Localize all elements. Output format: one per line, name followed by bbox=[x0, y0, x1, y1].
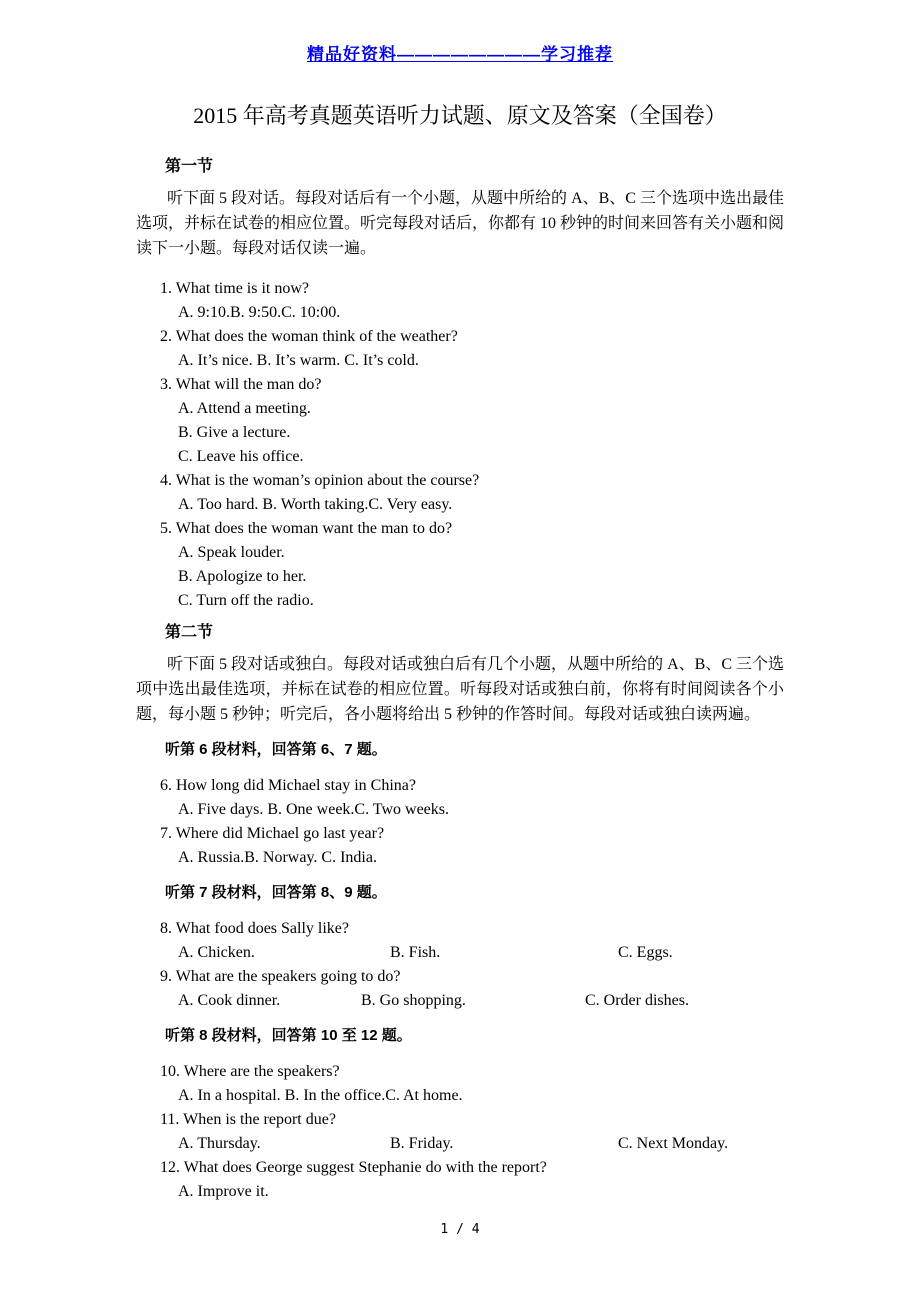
question-2: 2. What does the woman think of the weat… bbox=[136, 325, 784, 349]
section1-heading: 第一节 bbox=[165, 157, 784, 177]
option-8a: A. Chicken. bbox=[178, 941, 390, 965]
material-6-label: 听第 6 段材料，回答第 6、7 题。 bbox=[165, 740, 784, 760]
option-5c: C. Turn off the radio. bbox=[136, 589, 784, 613]
question-4: 4. What is the woman’s opinion about the… bbox=[136, 469, 784, 493]
question-7: 7. Where did Michael go last year? bbox=[136, 822, 784, 846]
page-number: 1 / 4 bbox=[136, 1221, 784, 1239]
question-1: 1. What time is it now? bbox=[136, 277, 784, 301]
question-10: 10. Where are the speakers? bbox=[136, 1060, 784, 1084]
material-8-label: 听第 8 段材料，回答第 10 至 12 题。 bbox=[165, 1026, 784, 1046]
option-9a: A. Cook dinner. bbox=[178, 989, 361, 1013]
question-9: 9. What are the speakers going to do? bbox=[136, 965, 784, 989]
option-8b: B. Fish. bbox=[390, 941, 618, 965]
document-title: 2015 年高考真题英语听力试题、原文及答案（全国卷） bbox=[136, 101, 784, 131]
options-7: A. Russia.B. Norway. C. India. bbox=[136, 846, 784, 870]
option-12a: A. Improve it. bbox=[136, 1180, 784, 1204]
options-11: A. Thursday. B. Friday. C. Next Monday. bbox=[136, 1132, 784, 1156]
option-11a: A. Thursday. bbox=[178, 1132, 390, 1156]
section1-instructions: 听下面 5 段对话。每段对话后有一个小题，从题中所给的 A、B、C 三个选项中选… bbox=[136, 186, 784, 261]
option-8c: C. Eggs. bbox=[618, 941, 784, 965]
options-1: A. 9:10.B. 9:50.C. 10:00. bbox=[136, 301, 784, 325]
option-3b: B. Give a lecture. bbox=[136, 421, 784, 445]
question-8: 8. What food does Sally like? bbox=[136, 917, 784, 941]
options-9: A. Cook dinner. B. Go shopping. C. Order… bbox=[136, 989, 784, 1013]
material-7-questions: 8. What food does Sally like? A. Chicken… bbox=[136, 917, 784, 1013]
page-header: 精品好资料————————学习推荐 bbox=[136, 0, 784, 65]
question-6: 6. How long did Michael stay in China? bbox=[136, 774, 784, 798]
option-5a: A. Speak louder. bbox=[136, 541, 784, 565]
document-page: 精品好资料————————学习推荐 2015 年高考真题英语听力试题、原文及答案… bbox=[0, 0, 920, 1302]
options-2: A. It’s nice. B. It’s warm. C. It’s cold… bbox=[136, 349, 784, 373]
section2-heading: 第二节 bbox=[165, 623, 784, 643]
option-11c: C. Next Monday. bbox=[618, 1132, 784, 1156]
option-3c: C. Leave his office. bbox=[136, 445, 784, 469]
option-3a: A. Attend a meeting. bbox=[136, 397, 784, 421]
question-3: 3. What will the man do? bbox=[136, 373, 784, 397]
options-6: A. Five days. B. One week.C. Two weeks. bbox=[136, 798, 784, 822]
material-7-label: 听第 7 段材料，回答第 8、9 题。 bbox=[165, 883, 784, 903]
promo-link[interactable]: 精品好资料————————学习推荐 bbox=[307, 45, 613, 64]
option-11b: B. Friday. bbox=[390, 1132, 618, 1156]
option-9b: B. Go shopping. bbox=[361, 989, 585, 1013]
material-6-questions: 6. How long did Michael stay in China? A… bbox=[136, 774, 784, 870]
question-12: 12. What does George suggest Stephanie d… bbox=[136, 1156, 784, 1180]
options-8: A. Chicken. B. Fish. C. Eggs. bbox=[136, 941, 784, 965]
material-8-questions: 10. Where are the speakers? A. In a hosp… bbox=[136, 1060, 784, 1204]
options-10: A. In a hospital. B. In the office.C. At… bbox=[136, 1084, 784, 1108]
question-11: 11. When is the report due? bbox=[136, 1108, 784, 1132]
section2-instructions: 听下面 5 段对话或独白。每段对话或独白后有几个小题，从题中所给的 A、B、C … bbox=[136, 652, 784, 727]
option-5b: B. Apologize to her. bbox=[136, 565, 784, 589]
question-5: 5. What does the woman want the man to d… bbox=[136, 517, 784, 541]
option-9c: C. Order dishes. bbox=[585, 989, 784, 1013]
options-4: A. Too hard. B. Worth taking.C. Very eas… bbox=[136, 493, 784, 517]
section1-questions: 1. What time is it now? A. 9:10.B. 9:50.… bbox=[136, 277, 784, 613]
